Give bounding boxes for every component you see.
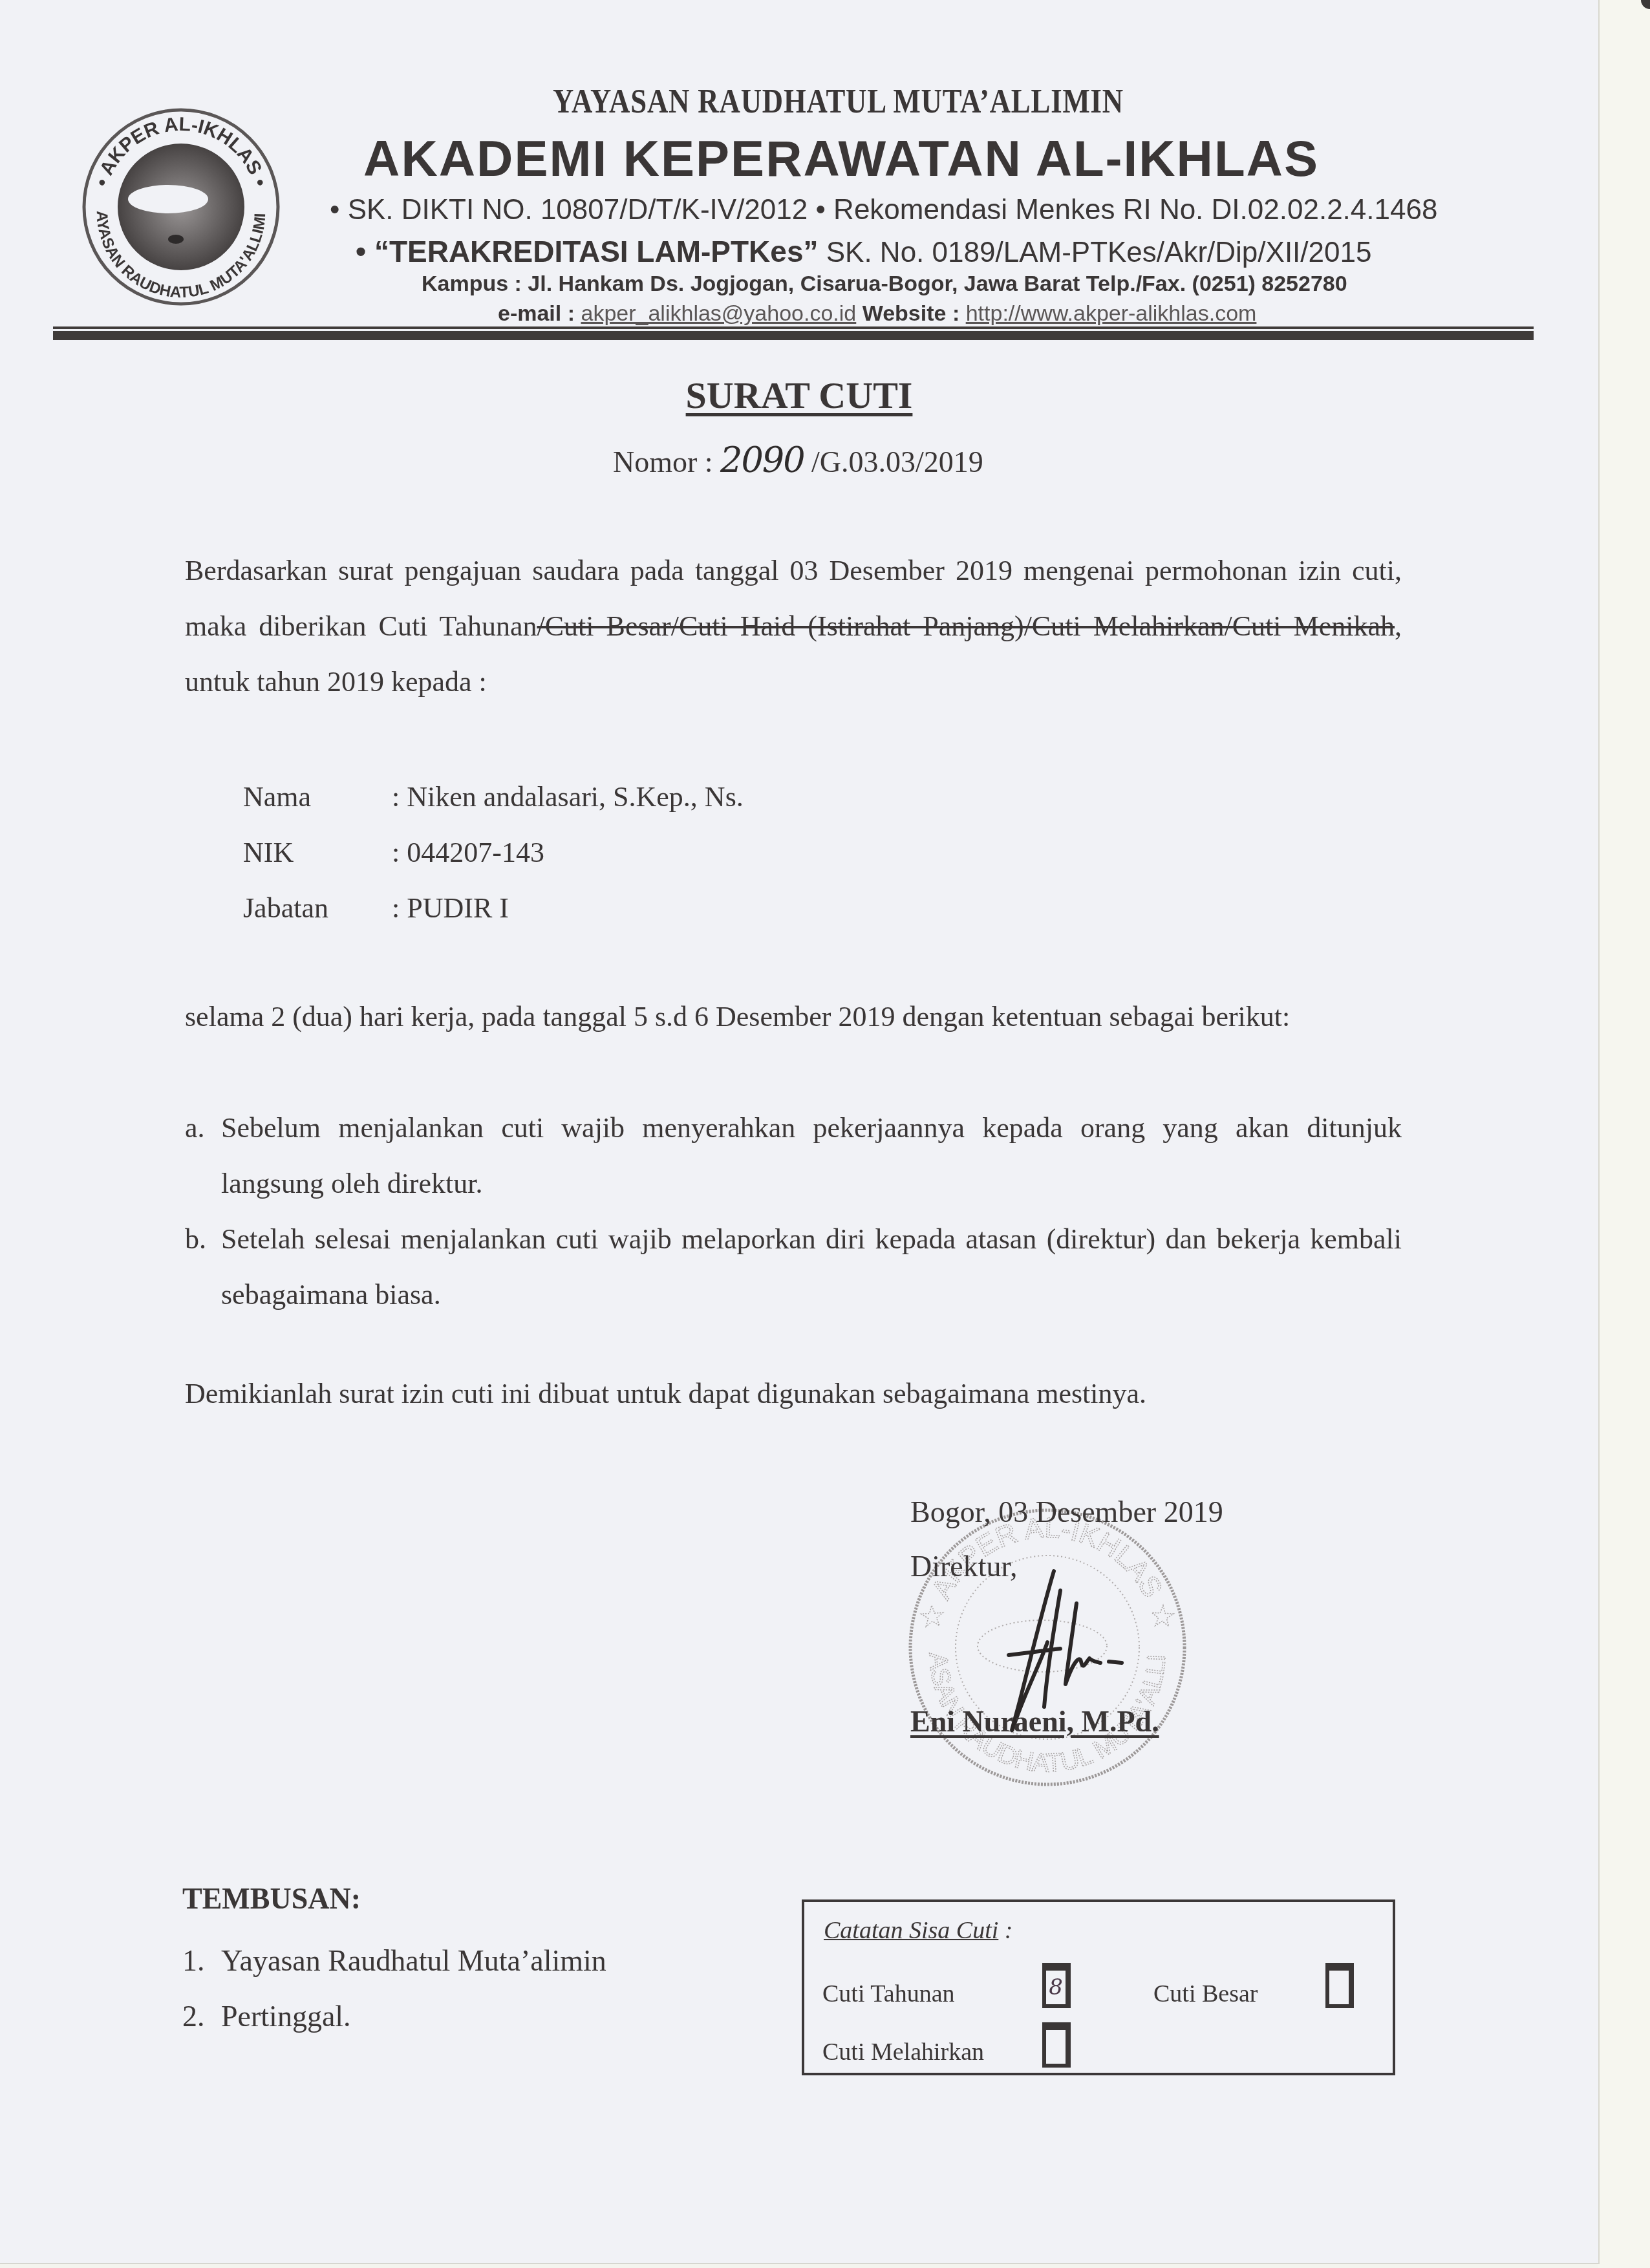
email-link[interactable]: akper_alikhlas@yahoo.co.id — [581, 301, 857, 326]
condition-b: b.Setelah selesai menjalankan cuti wajib… — [185, 1212, 1402, 1323]
accreditation-label: • “TERAKREDITASI LAM-PTKes” — [356, 235, 819, 268]
number-handwritten: 2090 — [720, 440, 804, 480]
cc-number: 1. — [182, 1933, 221, 1989]
leave-balance-title-colon: : — [998, 1917, 1012, 1944]
condition-text: Setelah selesai menjalankan cuti wajib m… — [221, 1212, 1402, 1323]
cc-text: Yayasan Raudhatul Muta’alimin — [221, 1933, 606, 1989]
leave-label-melahirkan: Cuti Melahirkan — [822, 2038, 984, 2066]
campus-address: Kampus : Jl. Hankam Ds. Jogjogan, Cisaru… — [422, 272, 1347, 297]
field-jabatan: Jabatan: PUDIR I — [243, 881, 744, 936]
page-corner — [1641, 0, 1650, 9]
institution-name: AKADEMI KEPERAWATAN AL-IKHLAS — [0, 129, 1598, 188]
scanner-background — [1598, 0, 1650, 2268]
contact-line: e-mail : akper_alikhlas@yahoo.co.id Webs… — [498, 301, 1256, 326]
field-value: : PUDIR I — [392, 881, 509, 936]
field-value: : 044207-143 — [392, 825, 544, 881]
letter-page: • AKPER AL-IKHLAS • YAYASAN RAUDHATUL MU… — [0, 0, 1600, 2264]
struck-leave-types: /Cuti Besar/Cuti Haid (Istirahat Panjang… — [537, 610, 1395, 642]
signature-place-date: Bogor, 03 Desember 2019 — [910, 1495, 1223, 1529]
field-nama: Nama: Niken andalasari, S.Kep., Ns. — [243, 769, 744, 825]
signatory-name: Eni Nuraeni, M.Pd. — [910, 1704, 1159, 1738]
field-value: : Niken andalasari, S.Kep., Ns. — [392, 769, 744, 825]
document-title: SURAT CUTI — [0, 374, 1598, 417]
cc-list: 1.Yayasan Raudhatul Muta’alimin 2.Pertin… — [182, 1933, 606, 2044]
registration-line: • SK. DIKTI NO. 10807/D/T/K-IV/2012 • Re… — [330, 194, 1437, 226]
header-divider-thin — [53, 326, 1534, 329]
number-suffix: /G.03.03/2019 — [811, 445, 983, 478]
header-divider-thick — [53, 331, 1534, 340]
leave-checkbox-tahunan[interactable]: 8 — [1042, 1963, 1071, 2008]
field-label: Jabatan — [243, 881, 392, 936]
accreditation-line: • “TERAKREDITASI LAM-PTKes” SK. No. 0189… — [356, 234, 1371, 269]
leave-checkbox-melahirkan[interactable] — [1042, 2022, 1071, 2068]
employee-fields: Nama: Niken andalasari, S.Kep., Ns. NIK:… — [243, 769, 744, 936]
cc-item: 2.Pertinggal. — [182, 1989, 606, 2044]
website-link[interactable]: http://www.akper-alikhlas.com — [966, 301, 1257, 326]
cc-title: TEMBUSAN: — [182, 1881, 361, 1916]
accreditation-number: SK. No. 0189/LAM-PTKes/Akr/Dip/XII/2015 — [819, 237, 1372, 268]
cc-number: 2. — [182, 1989, 221, 2044]
opening-paragraph: Berdasarkan surat pengajuan saudara pada… — [185, 543, 1402, 710]
leave-label-tahunan: Cuti Tahunan — [822, 1980, 955, 2008]
field-label: Nama — [243, 769, 392, 825]
cc-text: Pertinggal. — [221, 1989, 351, 2044]
cc-item: 1.Yayasan Raudhatul Muta’alimin — [182, 1933, 606, 1989]
field-label: NIK — [243, 825, 392, 881]
leave-label-besar: Cuti Besar — [1153, 1980, 1258, 2008]
condition-marker: a. — [185, 1100, 221, 1212]
field-nik: NIK: 044207-143 — [243, 825, 744, 881]
email-label: e-mail : — [498, 301, 575, 326]
leave-balance-box: Catatan Sisa Cuti : Cuti Tahunan 8 Cuti … — [802, 1899, 1395, 2075]
leave-balance-title-text: Catatan Sisa Cuti — [824, 1917, 998, 1944]
number-label: Nomor : — [613, 445, 713, 478]
leave-balance-title: Catatan Sisa Cuti : — [824, 1916, 1012, 1945]
document-number: Nomor : 2090 /G.03.03/2019 — [613, 440, 983, 480]
website-label: Website : — [862, 301, 960, 326]
closing-paragraph: Demikianlah surat izin cuti ini dibuat u… — [185, 1377, 1146, 1410]
leave-checkbox-besar[interactable] — [1325, 1963, 1354, 2008]
duration-paragraph: selama 2 (dua) hari kerja, pada tanggal … — [185, 989, 1402, 1045]
condition-text: Sebelum menjalankan cuti wajib menyerahk… — [221, 1100, 1402, 1212]
foundation-name: YAYASAN RAUDHATUL MUTA’ALLIMIN — [120, 83, 1495, 121]
condition-marker: b. — [185, 1212, 221, 1323]
condition-a: a.Sebelum menjalankan cuti wajib menyera… — [185, 1100, 1402, 1212]
